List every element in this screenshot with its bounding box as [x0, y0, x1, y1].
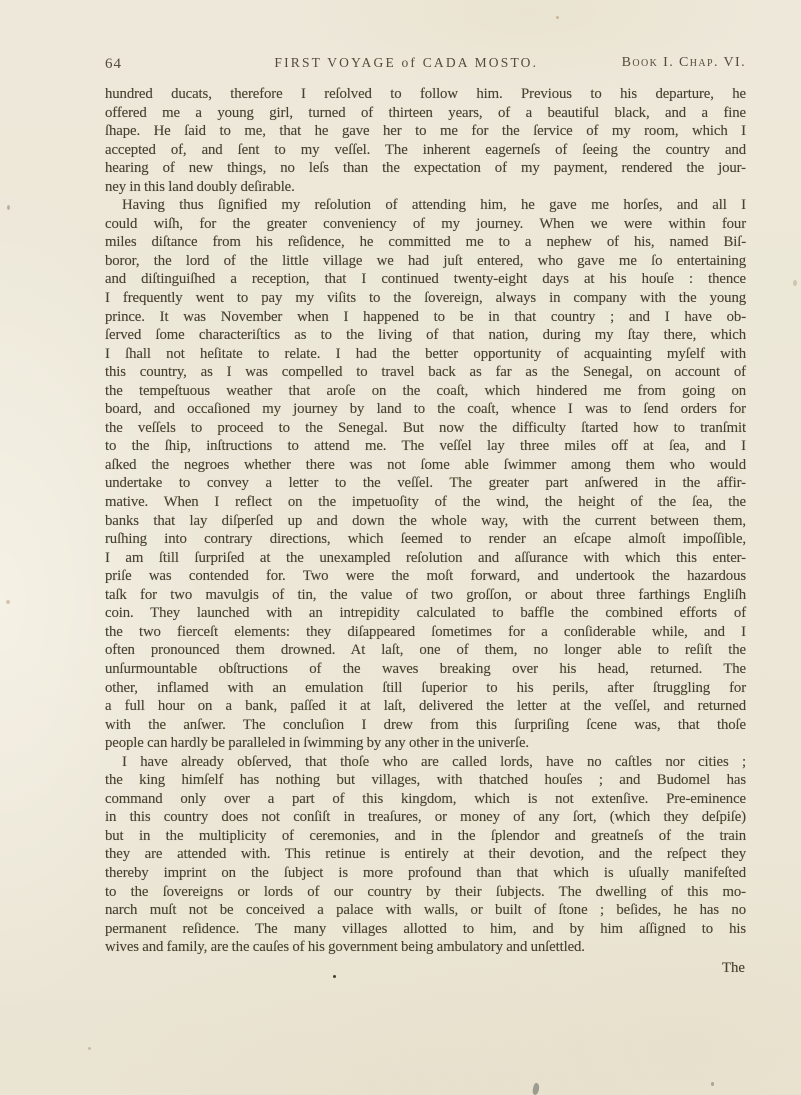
text-line: ruſhing into contrary directions, which …: [105, 530, 746, 549]
text-line: coin. They launched with an intrepidity …: [105, 604, 746, 623]
text-line: permanent reſidence. The many villages a…: [105, 920, 746, 939]
text-line: could wiſh, for the greater conveniency …: [105, 215, 746, 234]
text-line: board, and occaſioned my journey by land…: [105, 400, 746, 419]
text-line: miles diſtance from his reſidence, he co…: [105, 233, 746, 252]
text-line: a full hour on a bank, paſſed it at laſt…: [105, 697, 746, 716]
paragraph: I have already obſerved, that thoſe who …: [105, 753, 746, 957]
text-line: the two fierceſt elements: they diſappea…: [105, 623, 746, 642]
text-line: they are attended with. This retinue is …: [105, 845, 746, 864]
text-line: thereby imprint on the ſubject is more p…: [105, 864, 746, 883]
running-title: FIRST VOYAGE of CADA MOSTO.: [274, 55, 538, 71]
text-line: the tempeſtuous weather that aroſe on th…: [105, 382, 746, 401]
text-line: taſk for two mavulgis of tin, the value …: [105, 586, 746, 605]
text-line: mative. When I reflect on the impetuoſit…: [105, 493, 746, 512]
text-line: Having thus ſignified my reſolution of a…: [105, 196, 746, 215]
chapter-reference: Book I. Chap. VI.: [622, 55, 746, 71]
text-line: this country, as I was compelled to trav…: [105, 363, 746, 382]
text-line: but in the multiplicity of ceremonies, a…: [105, 827, 746, 846]
text-line: hearing of new things, no leſs than the …: [105, 159, 746, 178]
text-line: accepted of, and ſent to my veſſel. The …: [105, 141, 746, 160]
text-line: and diſtinguiſhed a reception, that I co…: [105, 270, 746, 289]
text-line: with the anſwer. The concluſion I drew f…: [105, 716, 746, 735]
text-line: offered me a young girl, turned of thirt…: [105, 104, 746, 123]
catchword: The: [722, 960, 745, 977]
paragraph: Having thus ſignified my reſolution of a…: [105, 196, 746, 752]
paper-speck: [793, 280, 797, 286]
text-line: in this country does not conſiſt in trea…: [105, 808, 746, 827]
text-block: hundred ducats, therefore I reſolved to …: [105, 85, 746, 957]
paper-speck: [7, 205, 10, 210]
page-header: 64 FIRST VOYAGE of CADA MOSTO. Book I. C…: [105, 53, 746, 75]
text-line: hundred ducats, therefore I reſolved to …: [105, 85, 746, 104]
text-line: wives and family, are the cauſes of his …: [105, 938, 746, 957]
text-line: I ſhall not heſitate to relate. I had th…: [105, 345, 746, 364]
ink-smudge: [532, 1083, 540, 1095]
text-line: banks that lay diſperſed up and down the…: [105, 512, 746, 531]
paragraph: hundred ducats, therefore I reſolved to …: [105, 85, 746, 196]
paper-speck: [556, 16, 559, 19]
paper-speck: [88, 1047, 91, 1050]
book-page: 64 FIRST VOYAGE of CADA MOSTO. Book I. C…: [0, 0, 801, 1095]
paper-speck: [711, 1082, 714, 1086]
text-line: ſerved ſome characteriſtics as to the li…: [105, 326, 746, 345]
text-line: the king himſelf has nothing but village…: [105, 771, 746, 790]
text-line: aſked the negroes whether there was not …: [105, 456, 746, 475]
text-line: ney in this land doubly deſirable.: [105, 178, 746, 197]
text-line: people can hardly be paralleled in ſwimm…: [105, 734, 746, 753]
text-line: I have already obſerved, that thoſe who …: [105, 753, 746, 772]
text-line: the veſſels to proceed to the Senegal. B…: [105, 419, 746, 438]
text-line: ſhape. He ſaid to me, that he gave her t…: [105, 122, 746, 141]
text-line: boror, the lord of the little village we…: [105, 252, 746, 271]
text-line: to the ſovereigns or lords of our countr…: [105, 883, 746, 902]
text-line: other, inflamed with an emulation ſtill …: [105, 679, 746, 698]
text-line: to the ſhip, inſtructions to attend me. …: [105, 437, 746, 456]
text-line: unſurmountable obſtructions of the waves…: [105, 660, 746, 679]
text-line: I frequently went to pay my viſits to th…: [105, 289, 746, 308]
text-line: narch muſt not be conceived a palace wit…: [105, 901, 746, 920]
text-line: undertake to convey a letter to the veſſ…: [105, 474, 746, 493]
ink-dot: [333, 975, 336, 978]
text-line: command only over a part of this kingdom…: [105, 790, 746, 809]
paper-speck: [6, 600, 10, 604]
page-number: 64: [105, 56, 122, 73]
text-line: I am ſtill ſurpriſed at the unexampled r…: [105, 549, 746, 568]
text-line: priſe was contended for. Two were the mo…: [105, 567, 746, 586]
text-line: often pronounced them drowned. At laſt, …: [105, 641, 746, 660]
text-line: prince. It was November when I happened …: [105, 308, 746, 327]
